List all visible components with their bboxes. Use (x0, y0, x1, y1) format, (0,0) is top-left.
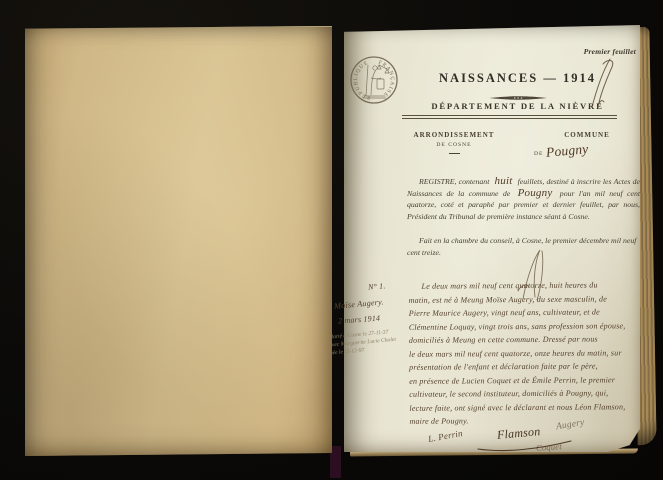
double-rule (402, 115, 617, 119)
arrondissement-value: DE COSNE (398, 142, 510, 148)
register-declaration-paragraph: REGISTRE, contenant huit feuillets, dest… (407, 176, 640, 222)
commune-prefix: DE (534, 151, 543, 157)
act-line: Clémentine Loquay, vingt trois ans, sans… (409, 319, 643, 334)
registre-lead: REGISTRE, contenant (419, 177, 489, 186)
folio-paraph-icon: 19 (589, 57, 619, 114)
act-line: le deux mars mil neuf cent quatorze, onz… (409, 346, 643, 361)
blank-left-page (25, 26, 332, 456)
sheet-label: Premier feuillet (552, 47, 636, 56)
arrondissement-label: ARRONDISSEMENT (398, 131, 510, 139)
registre-commune-handwritten: Pougny (515, 187, 556, 199)
registre-sheet-count-handwritten: huit (492, 175, 516, 187)
margin-act-number: N° 1. (368, 281, 386, 291)
scanned-register-photo: RÉPUBLIQUE FRANÇAISE Premier feuillet 19… (0, 0, 663, 480)
signature-flourish-icon (477, 439, 572, 458)
commune-block: COMMUNE DEPougny (534, 131, 640, 160)
judge-paraph-icon (511, 247, 546, 307)
act-line: cultivateur, le second instituteur, domi… (409, 386, 643, 401)
commune-label: COMMUNE (534, 131, 640, 139)
republique-francaise-seal-icon: RÉPUBLIQUE FRANÇAISE (346, 52, 402, 113)
arrondissement-rule (449, 153, 460, 154)
act-line: lecture faite, ont signé avec le déclara… (409, 400, 643, 415)
arrondissement-block: ARRONDISSEMENT DE COSNE (398, 131, 510, 154)
commune-value-handwritten: Pougny (546, 141, 590, 161)
